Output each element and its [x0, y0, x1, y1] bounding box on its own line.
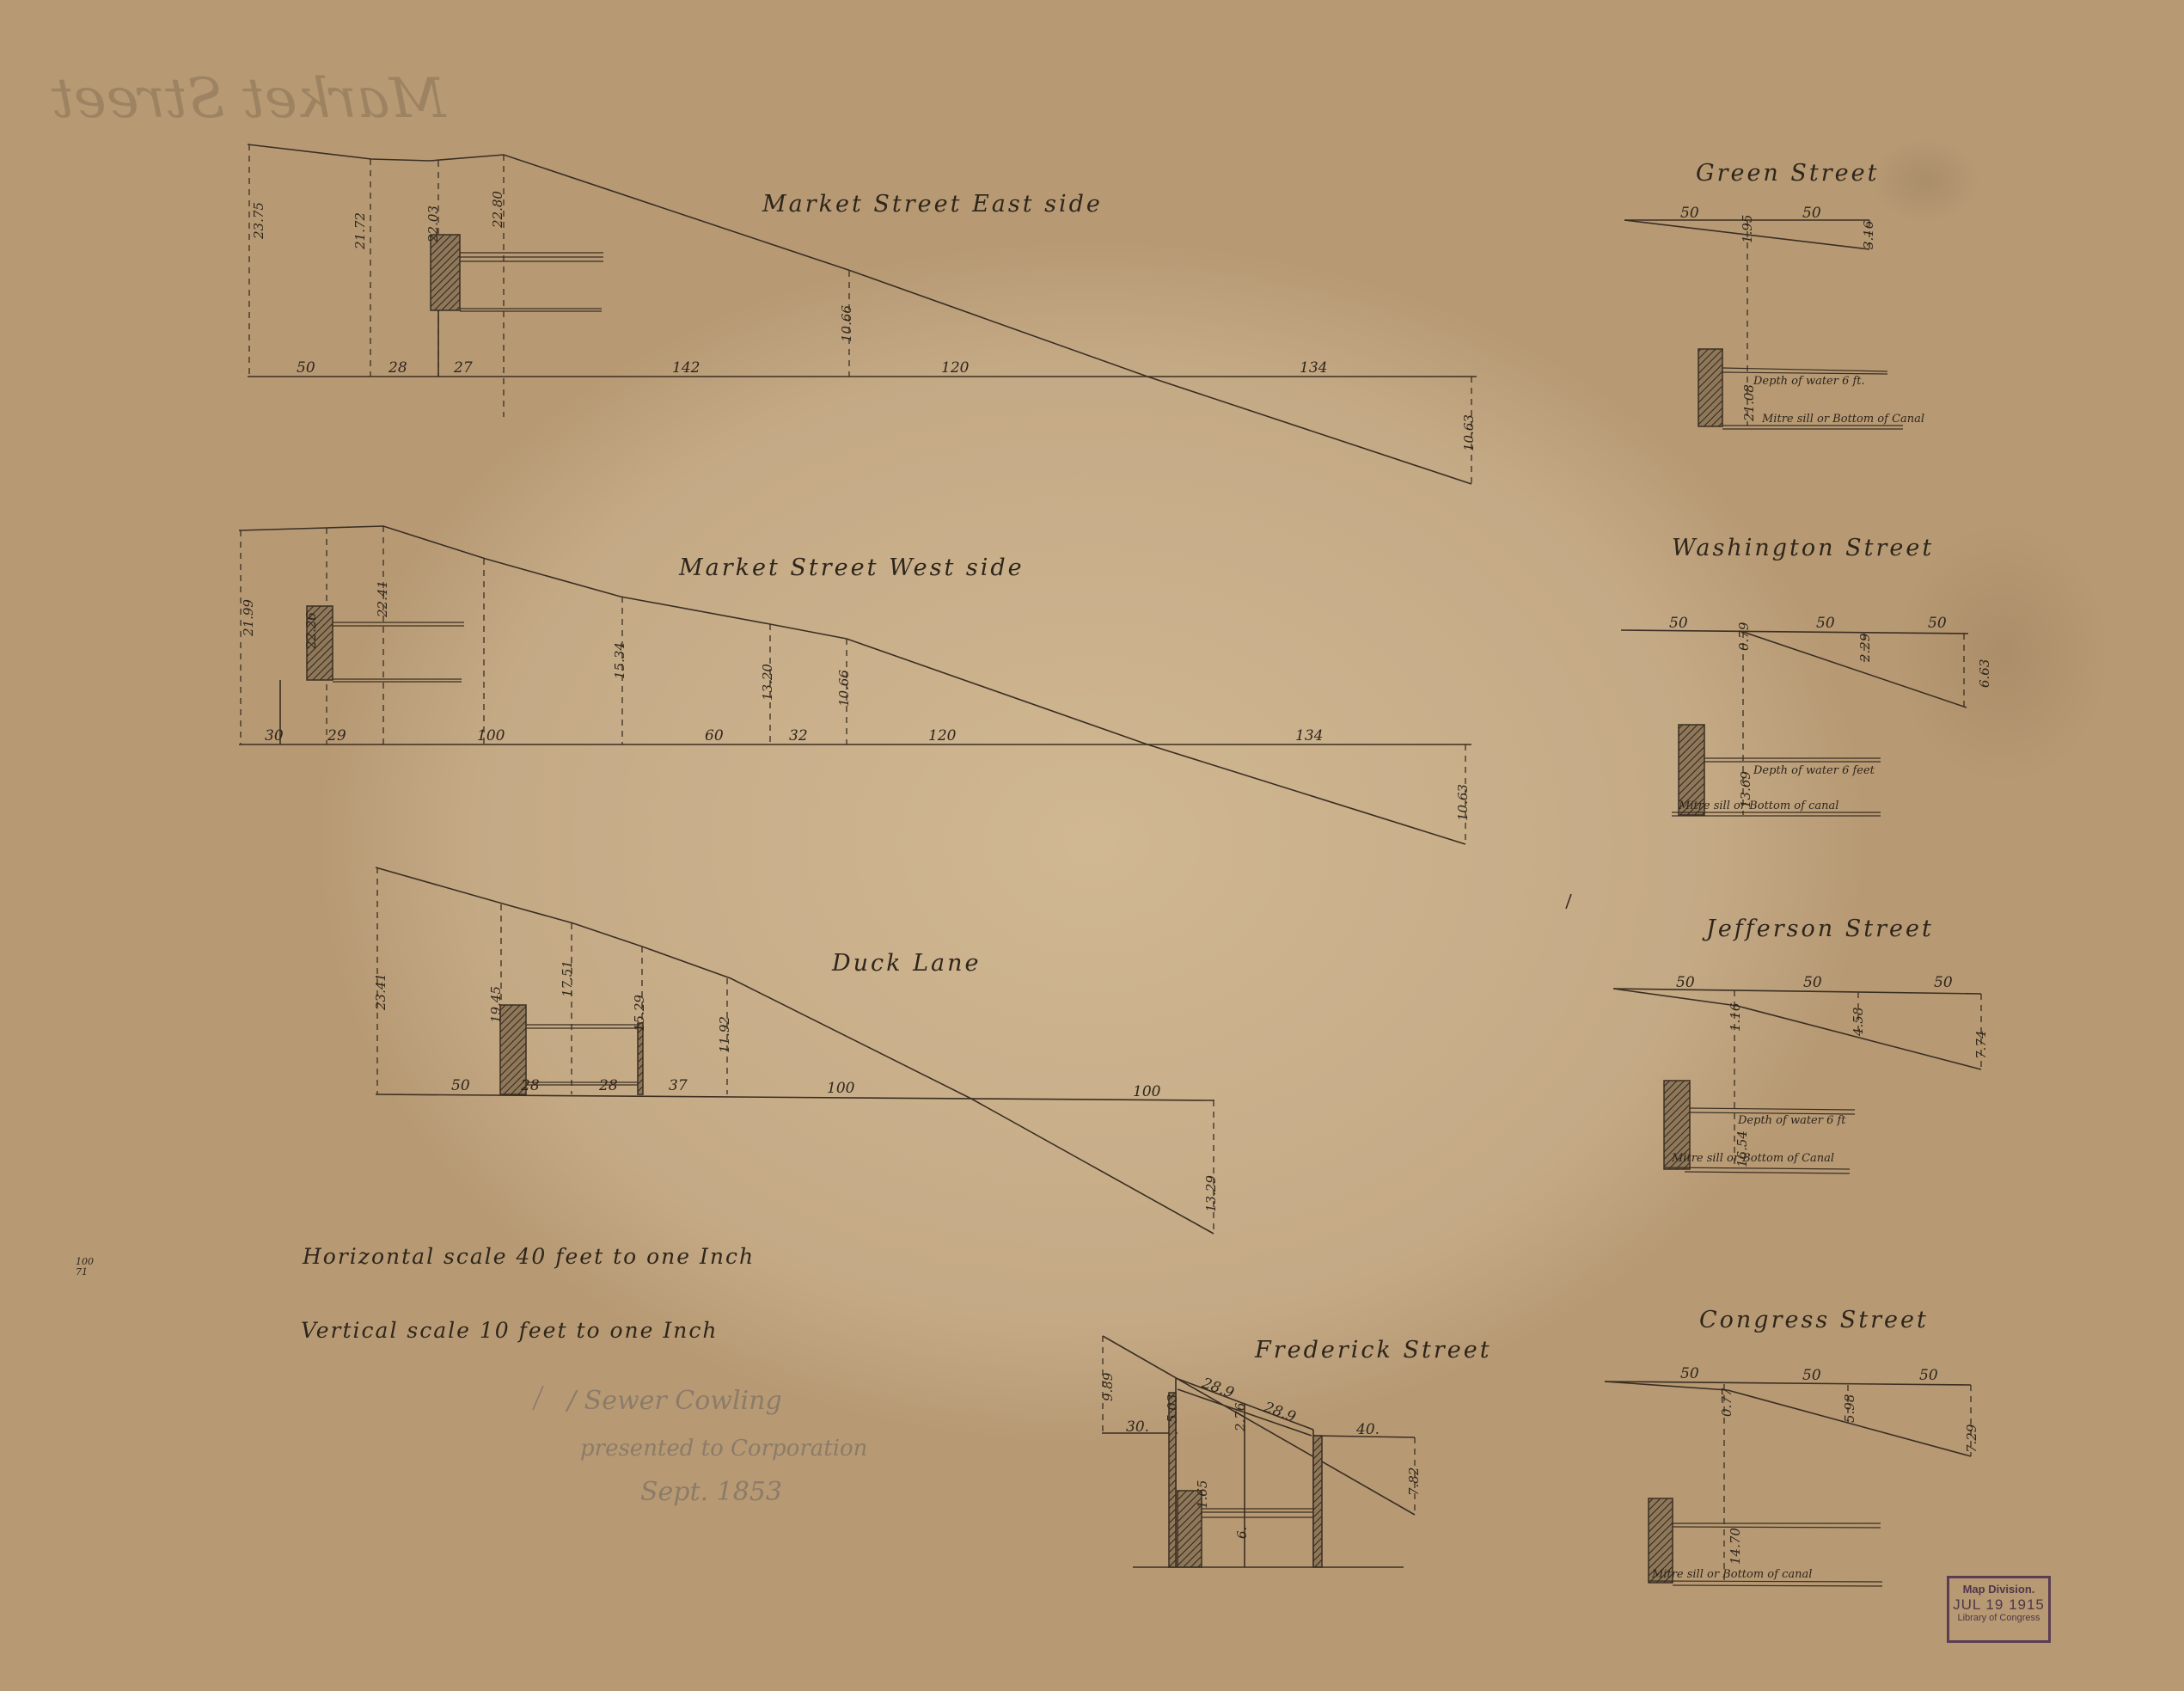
drawing-sheet: Market Street — [0, 0, 2184, 1691]
elev-label: 10.63 — [1455, 784, 1471, 821]
dist-label: 50 — [1802, 205, 1821, 222]
dist-label: 50 — [1676, 974, 1695, 991]
vertical-scale-note: Vertical scale 10 feet to one Inch — [301, 1318, 718, 1343]
elev-label: 9.89 — [1100, 1373, 1116, 1401]
dist-label: 134 — [1300, 359, 1327, 377]
profile-linework — [0, 0, 2184, 1691]
pencil-slash — [533, 1386, 543, 1410]
elev-label: 1.16 — [1728, 1003, 1743, 1032]
dist-label: 30. — [1126, 1418, 1149, 1436]
profile-jefferson — [1613, 989, 1981, 1173]
elev-label: 21.08 — [1741, 384, 1757, 421]
elev-label: 7.29 — [1964, 1424, 1979, 1453]
dist-label: 50 — [1680, 205, 1699, 222]
dist-label: 50 — [1803, 974, 1822, 991]
dist-label: 28 — [521, 1077, 540, 1094]
title-washington: Washington Street — [1672, 535, 1934, 561]
margin-note-part: 71 — [76, 1266, 88, 1277]
title-congress: Congress Street — [1699, 1307, 1929, 1333]
dist-label: 50 — [1928, 615, 1947, 632]
elev-label: 22.80 — [490, 191, 505, 228]
elev-label: 23.75 — [251, 202, 266, 239]
elev-label: 17.51 — [560, 960, 575, 997]
pencil-note-line1: / Sewer Cowling — [567, 1386, 782, 1416]
water-depth-note: Depth of water 6 ft — [1738, 1114, 1846, 1127]
stray-mark — [1566, 894, 1571, 909]
elev-label: 3.16 — [1861, 221, 1876, 249]
elev-label: 6. — [1234, 1527, 1250, 1539]
dist-label: 50 — [1934, 974, 1953, 991]
dist-label: 50 — [1816, 615, 1835, 632]
elev-label: 5.98 — [1842, 1394, 1857, 1423]
elev-label: 6.63 — [1977, 659, 1992, 688]
title-green: Green Street — [1696, 160, 1879, 187]
elev-label: 2.76 — [1233, 1403, 1248, 1431]
elev-label: 13.29 — [1203, 1175, 1219, 1212]
horizontal-scale-note: Horizontal scale 40 feet to one Inch — [303, 1244, 755, 1269]
elev-label: 15.29 — [632, 995, 647, 1032]
elev-label: 15.34 — [612, 642, 627, 679]
elev-label: 19.45 — [488, 986, 504, 1023]
elev-label: 21.99 — [241, 599, 256, 636]
title-frederick: Frederick Street — [1255, 1337, 1492, 1363]
elev-label: 22.03 — [425, 205, 441, 242]
elev-label: 10.66 — [836, 670, 852, 707]
pencil-note-line2: presented to Corporation — [580, 1436, 867, 1461]
dist-label: 50 — [1802, 1367, 1821, 1384]
dist-label: 40. — [1356, 1421, 1380, 1438]
elev-label: 21.72 — [352, 212, 368, 249]
profile-green — [1624, 220, 1903, 429]
elev-label: 22.26 — [303, 612, 319, 649]
dist-label: 29 — [327, 727, 346, 744]
library-stamp: Map Division. JUL 19 1915 Library of Con… — [1947, 1576, 2051, 1643]
elev-label: 5.03 — [1165, 1394, 1180, 1423]
dist-label: 50 — [451, 1077, 470, 1094]
stamp-date: JUL 19 1915 — [1949, 1596, 2048, 1614]
dist-label: 134 — [1295, 727, 1323, 744]
dist-label: 50 — [1919, 1367, 1938, 1384]
profile-washington — [1621, 630, 1968, 816]
elev-label: 7.82 — [1406, 1467, 1422, 1496]
profile-congress — [1605, 1382, 1971, 1586]
title-duck-lane: Duck Lane — [832, 950, 982, 977]
dist-label: 50 — [1680, 1365, 1699, 1382]
title-market-east: Market Street East side — [762, 191, 1103, 218]
title-market-west: Market Street West side — [679, 554, 1025, 581]
dist-label: 37 — [669, 1077, 688, 1094]
elev-label: 0.79 — [1736, 622, 1752, 651]
water-depth-note: Depth of water 6 ft. — [1753, 375, 1865, 388]
elev-label: 7.74 — [1973, 1031, 1989, 1059]
elev-label: 10.66 — [839, 305, 854, 342]
dist-label: 100 — [477, 727, 505, 744]
elev-label: 10.63 — [1461, 414, 1477, 451]
dist-label: 28 — [388, 359, 407, 377]
sill-note: Mitre sill or Bottom of Canal — [1762, 413, 1924, 426]
dist-label: 50 — [1669, 615, 1688, 632]
profile-frederick — [1102, 1336, 1415, 1567]
water-depth-note: Depth of water 6 feet — [1753, 764, 1875, 777]
dist-label: 30 — [265, 727, 284, 744]
dist-label: 60 — [705, 727, 724, 744]
elev-label: 13.20 — [760, 664, 775, 701]
pencil-note-line3: Sept. 1853 — [640, 1477, 782, 1507]
sill-note: Mitre sill or Bottom of canal — [1652, 1568, 1812, 1581]
elev-label: 4.58 — [1851, 1008, 1866, 1036]
elev-label: 0.77 — [1719, 1388, 1734, 1417]
dist-label: 120 — [941, 359, 969, 377]
elev-label: 23.41 — [373, 973, 388, 1010]
dist-label: 142 — [672, 359, 700, 377]
profile-duck-lane — [376, 867, 1214, 1234]
title-jefferson: Jefferson Street — [1706, 916, 1934, 942]
elev-label: 11.92 — [717, 1016, 732, 1053]
dist-label: 27 — [454, 359, 473, 377]
dist-label: 32 — [789, 727, 808, 744]
margin-note: 100 71 — [76, 1257, 94, 1277]
dist-label: 50 — [297, 359, 315, 377]
dist-label: 100 — [827, 1080, 854, 1097]
stamp-library: Library of Congress — [1949, 1613, 2048, 1624]
elev-label: 14.70 — [1728, 1528, 1743, 1565]
dist-label: 100 — [1133, 1083, 1160, 1100]
elev-label: 1.95 — [1740, 215, 1755, 243]
elev-label: 1.65 — [1195, 1480, 1210, 1509]
elev-label: 22.41 — [375, 580, 390, 617]
elev-label: 2.29 — [1857, 634, 1873, 662]
sill-note: Mitre sill or Bottom of canal — [1679, 800, 1838, 812]
dist-label: 28 — [599, 1077, 618, 1094]
sill-note: Mitre sill or Bottom of Canal — [1672, 1152, 1834, 1165]
dist-label: 120 — [928, 727, 956, 744]
stamp-division: Map Division. — [1949, 1584, 2048, 1596]
